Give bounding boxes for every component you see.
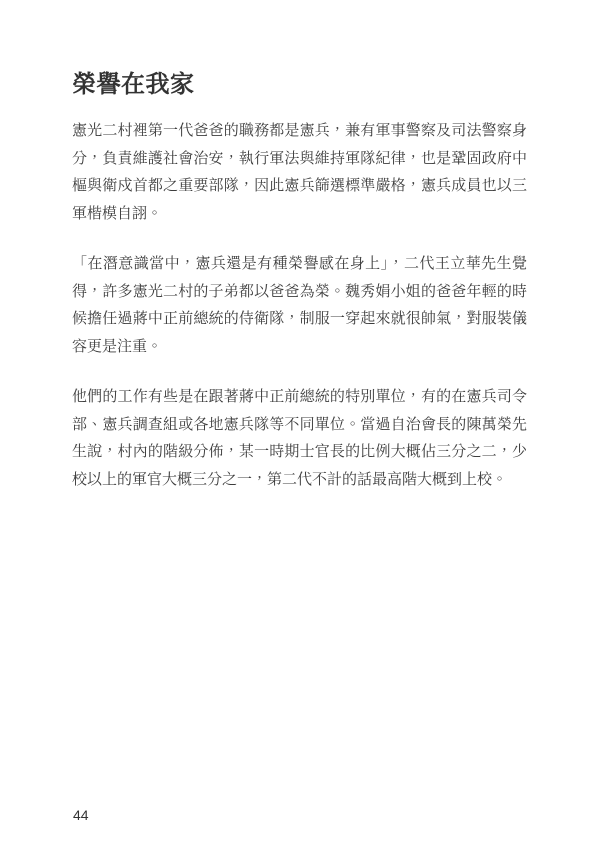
page-number: 44 [73,806,89,824]
paragraph-3: 他們的工作有些是在跟著蔣中正前總統的特別單位，有的在憲兵司令部、憲兵調查組或各地… [72,383,527,493]
page-content: 榮譽在我家 憲光二村裡第一代爸爸的職務都是憲兵，兼有軍事警察及司法警察身分，負責… [72,70,527,516]
document-page: 榮譽在我家 憲光二村裡第一代爸爸的職務都是憲兵，兼有軍事警察及司法警察身分，負責… [0,0,600,851]
paragraph-2: 「在潛意識當中，憲兵還是有種榮譽感在身上」，二代王立華先生覺得，許多憲光二村的子… [72,250,527,360]
page-title: 榮譽在我家 [72,70,527,99]
paragraph-1: 憲光二村裡第一代爸爸的職務都是憲兵，兼有軍事警察及司法警察身分，負責維護社會治安… [72,117,527,227]
